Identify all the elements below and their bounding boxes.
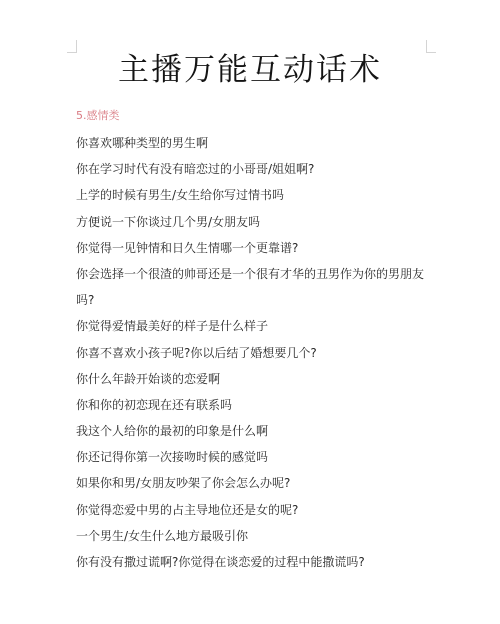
- question-list: 你喜欢哪种类型的男生啊 你在学习时代有没有暗恋过的小哥哥/姐姐啊? 上学的时候有…: [76, 133, 436, 578]
- question-line: 方便说一下你谈过几个男/女朋友吗: [76, 212, 436, 238]
- question-line: 一个男生/女生什么地方最吸引你: [76, 526, 436, 552]
- question-line: 你觉得恋爱中男的占主导地位还是女的呢?: [76, 500, 436, 526]
- question-line: 你和你的初恋现在还有联系吗: [76, 395, 436, 421]
- question-line: 我这个人给你的最初的印象是什么啊: [76, 421, 436, 447]
- question-line: 如果你和男/女朋友吵架了你会怎么办呢?: [76, 473, 436, 499]
- question-line: 你喜不喜欢小孩子呢?你以后结了婚想要几个?: [76, 343, 436, 369]
- question-line: 你什么年龄开始谈的恋爱啊: [76, 369, 436, 395]
- question-line: 你还记得你第一次接吻时候的感觉吗: [76, 447, 436, 473]
- question-line: 你觉得爱情最美好的样子是什么样子: [76, 316, 436, 342]
- question-line: 你会选择一个很渣的帅哥还是一个很有才华的丑男作为你的男朋友: [76, 264, 436, 290]
- section-heading: 5.感情类: [76, 108, 120, 124]
- question-line: 你喜欢哪种类型的男生啊: [76, 133, 436, 159]
- question-line: 上学的时候有男生/女生给你写过情书吗: [76, 185, 436, 211]
- question-line: 你有没有撒过谎啊?你觉得在谈恋爱的过程中能撒谎吗?: [76, 552, 436, 578]
- question-line: 你在学习时代有没有暗恋过的小哥哥/姐姐啊?: [76, 159, 436, 185]
- question-line: 你觉得一见钟情和日久生情哪一个更靠谱?: [76, 238, 436, 264]
- document-title: 主播万能互动话术: [0, 50, 500, 90]
- document-page: 主播万能互动话术 5.感情类 你喜欢哪种类型的男生啊 你在学习时代有没有暗恋过的…: [0, 0, 500, 624]
- question-line-continuation: 吗?: [76, 290, 436, 316]
